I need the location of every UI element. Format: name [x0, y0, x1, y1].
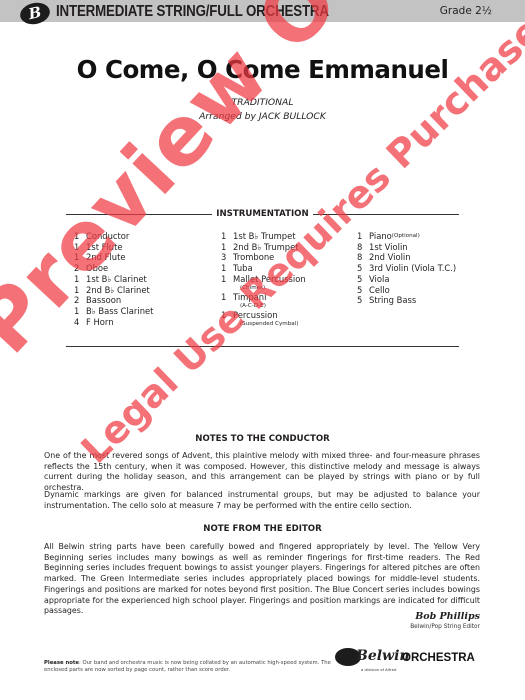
instrument-quantity: 1 [74, 242, 86, 253]
instrument-row: 12nd B♭ Trumpet [221, 242, 306, 253]
instrument-quantity: 5 [357, 263, 369, 274]
instrument-name: 1st B♭ Clarinet [86, 274, 147, 285]
instrument-name: 2nd B♭ Clarinet [86, 285, 150, 296]
instrument-row: 5Viola [357, 274, 456, 285]
instrument-name: Conductor [86, 231, 129, 242]
instrument-name: Mallet Percussion [233, 274, 306, 285]
instrument-name: F Horn [86, 317, 114, 328]
instrument-subnote: (Chimes) [221, 284, 306, 293]
instrument-quantity: 8 [357, 242, 369, 253]
instrument-row: 81st Violin [357, 242, 456, 253]
instrument-row: 4F Horn [74, 317, 153, 328]
note-from-editor-heading: NOTE FROM THE EDITOR [0, 524, 525, 534]
instrument-row: 2Bassoon [74, 295, 153, 306]
instrument-quantity: 1 [221, 231, 233, 242]
instrumentation-bottom-rule [66, 346, 459, 347]
instrument-name: 1st Flute [86, 242, 123, 253]
instrument-name: Piano [369, 231, 392, 242]
instrument-name: Tuba [233, 263, 253, 274]
instrument-quantity: 5 [357, 285, 369, 296]
instrumentation-column-3: 1Piano (Optional)81st Violin82nd Violin5… [357, 231, 456, 306]
instrument-row: 2Oboe [74, 263, 153, 274]
instrument-name: Viola [369, 274, 389, 285]
instrument-quantity: 2 [74, 263, 86, 274]
instrument-quantity: 5 [357, 274, 369, 285]
instrument-row: 3Trombone [221, 252, 306, 263]
instrument-quantity: 2 [74, 295, 86, 306]
conductor-note-paragraph-2: Dynamic markings are given for balanced … [44, 490, 480, 511]
instrument-name: Trombone [233, 252, 274, 263]
instrument-row: 1B♭ Bass Clarinet [74, 306, 153, 317]
instrument-quantity: 3 [221, 252, 233, 263]
instrument-quantity: 1 [74, 285, 86, 296]
instrument-row: 1Mallet Percussion [221, 274, 306, 285]
instrument-subnote: (Suspended Cymbal) [221, 320, 306, 329]
instrument-quantity: 1 [221, 274, 233, 285]
instrument-row: 12nd B♭ Clarinet [74, 285, 153, 296]
instrument-quantity: 5 [357, 295, 369, 306]
instrument-quantity: 1 [74, 306, 86, 317]
instrument-subnote: (A-C-D-E) [221, 302, 306, 311]
instrument-row: 11st B♭ Trumpet [221, 231, 306, 242]
grade-label: Grade 2½ [440, 5, 492, 17]
instrument-name: 1st B♭ Trumpet [233, 231, 296, 242]
instrument-quantity: 1 [221, 263, 233, 274]
series-title: INTERMEDIATE STRING/FULL ORCHESTRA [56, 3, 329, 21]
instrument-row: 11st Flute [74, 242, 153, 253]
notes-to-conductor-heading: NOTES TO THE CONDUCTOR [0, 434, 525, 444]
collation-note: Please note: Our band and orchestra musi… [44, 660, 344, 674]
instrument-name: 1st Violin [369, 242, 408, 253]
instrument-quantity: 1 [221, 242, 233, 253]
instrument-name: 2nd B♭ Trumpet [233, 242, 299, 253]
instrument-row: 5String Bass [357, 295, 456, 306]
composer: TRADITIONAL [0, 97, 525, 108]
publisher-division: a division of Alfred [361, 667, 396, 672]
instrument-row: 5Cello [357, 285, 456, 296]
instrument-quantity: 1 [221, 310, 233, 321]
page-title: O Come, O Come Emmanuel [0, 55, 525, 84]
instrumentation-heading: INSTRUMENTATION [66, 209, 459, 221]
instrument-name: Bassoon [86, 295, 121, 306]
instrument-row: 11st B♭ Clarinet [74, 274, 153, 285]
instrument-name: Oboe [86, 263, 108, 274]
editor-signature: Bob Phillips [415, 611, 480, 622]
instrument-quantity: 1 [74, 231, 86, 242]
instrument-quantity: 1 [74, 252, 86, 263]
instrument-row: 1Piano (Optional) [357, 231, 456, 242]
instrument-row: 53rd Violin (Viola T.C.) [357, 263, 456, 274]
instrument-row: 12nd Flute [74, 252, 153, 263]
instrument-quantity: 4 [74, 317, 86, 328]
instrumentation-column-1: 1Conductor11st Flute12nd Flute2Oboe11st … [74, 231, 153, 327]
instrument-quantity: 1 [74, 274, 86, 285]
conductor-note-paragraph-1: One of the most revered songs of Advent,… [44, 451, 480, 494]
instrument-name: Cello [369, 285, 390, 296]
instrument-quantity: 1 [357, 231, 369, 242]
arranger: Arranged by JACK BULLOCK [0, 111, 525, 122]
instrument-row: 82nd Violin [357, 252, 456, 263]
instrument-name: String Bass [369, 295, 416, 306]
instrument-name: 2nd Violin [369, 252, 411, 263]
instrument-quantity: 1 [221, 292, 233, 303]
editor-note-paragraph: All Belwin string parts have been carefu… [44, 542, 480, 617]
instrument-row: 1Tuba [221, 263, 306, 274]
publisher-orchestra-label: ORCHESTRA [402, 652, 475, 664]
instrumentation-column-2: 11st B♭ Trumpet12nd B♭ Trumpet3Trombone1… [221, 231, 306, 329]
editor-title: Belwin/Pop String Editor [410, 624, 480, 630]
instrument-note: (Optional) [392, 231, 420, 242]
instrument-name: B♭ Bass Clarinet [86, 306, 153, 317]
instrument-row: 1Conductor [74, 231, 153, 242]
instrument-name: 2nd Flute [86, 252, 126, 263]
instrument-name: 3rd Violin (Viola T.C.) [369, 263, 456, 274]
instrument-quantity: 8 [357, 252, 369, 263]
